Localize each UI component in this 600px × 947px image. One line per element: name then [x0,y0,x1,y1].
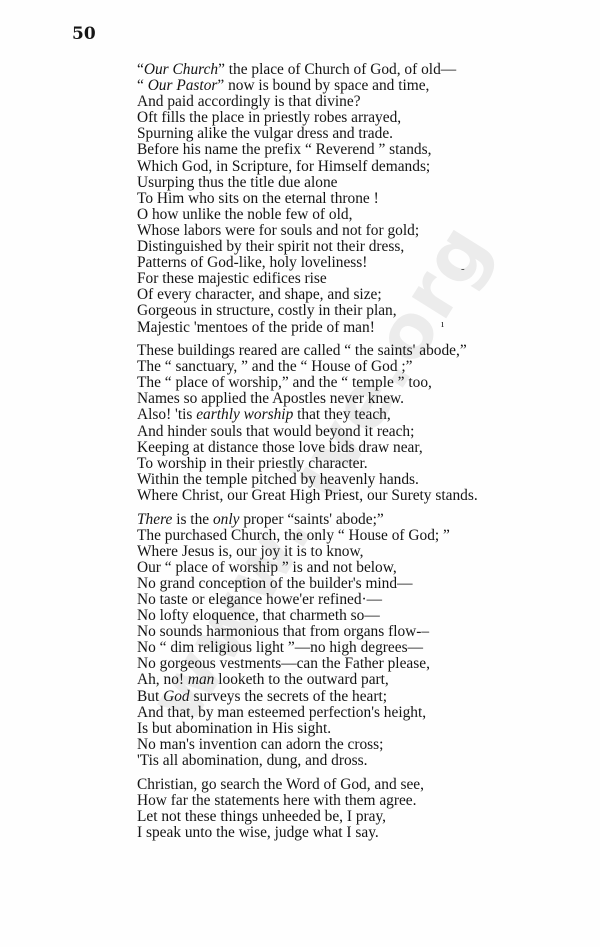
verse-text: that they teach, [293,406,390,423]
verse-line: No man's invention can adorn the cross; [137,737,577,753]
verse-line: Spurning alike the vulgar dress and trad… [137,126,577,142]
verse-line: Keeping at distance those love bids draw… [137,440,577,456]
verse-text: And hinder souls that would beyond it re… [137,423,414,440]
verse-text: Spurning alike the vulgar dress and trad… [137,125,393,142]
verse-text: is the [172,511,213,528]
verse-text: Which God, in Scripture, for Himself dem… [137,158,430,175]
verse-text: Where Christ, our Great High Priest, our… [137,487,478,504]
stanza: These buildings reared are called “ the … [137,343,577,504]
verse-text: surveys the secrets of the heart; [190,688,387,705]
italic-emphasis: Our Pastor [148,77,218,94]
verse-text: To worship in their priestly character. [137,455,368,472]
verse-line: Gorgeous in structure, costly in their p… [137,303,577,319]
verse-text: No sounds harmonious that from organs fl… [137,623,429,640]
verse-text: For these majestic edifices rise [137,270,327,287]
verse-text: Distinguished by their spirit not their … [137,238,404,255]
verse-line: No “ dim religious light ”—no high degre… [137,640,577,656]
verse-text: Usurping thus the title due alone [137,174,337,191]
verse-line: No gorgeous vestments—can the Father ple… [137,656,577,672]
scan-artifact-mark: ı [441,318,444,330]
verse-text: No gorgeous vestments—can the Father ple… [137,655,430,672]
verse-line: Whose labors were for souls and not for … [137,223,577,239]
verse-text: No “ dim religious light ”—no high degre… [137,639,423,656]
italic-emphasis: God [163,688,190,705]
verse-line: For these majestic edifices rise [137,271,577,287]
verse-line: Where Jesus is, our joy it is to know, [137,544,577,560]
verse-text: “ [137,77,148,94]
verse-line: 'Tis all abomination, dung, and dross. [137,753,577,769]
verse-line: Christian, go search the Word of God, an… [137,777,577,793]
verse-text: The purchased Church, the only “ House o… [137,527,450,544]
verse-text: Gorgeous in structure, costly in their p… [137,302,397,319]
verse-text: O how unlike the noble few of old, [137,206,352,223]
verse-text: No grand conception of the builder's min… [137,575,412,592]
verse-text: Where Jesus is, our joy it is to know, [137,543,363,560]
verse-text: Whose labors were for souls and not for … [137,222,419,239]
verse-text: Of every character, and shape, and size; [137,286,382,303]
verse-line: No lofty eloquence, that charmeth so— [137,608,577,624]
verse-line: No taste or elegance howe'er refined·— [137,592,577,608]
verse-line: “Our Church” the place of Church of God,… [137,62,577,78]
stanza: There is the only proper “saints' abode;… [137,512,577,770]
verse-text: Oft fills the place in priestly robes ar… [137,109,401,126]
verse-text: Before his name the prefix “ Reverend ” … [137,141,431,158]
verse-text: 'Tis all abomination, dung, and dross. [137,752,368,769]
verse-text: No man's invention can adorn the cross; [137,736,383,753]
verse-text: No lofty eloquence, that charmeth so— [137,607,380,624]
verse-text: ” the place of Church of God, of old— [218,61,456,78]
book-page: www. ive.org 50 “Our Church” the place o… [0,0,600,947]
verse-line: Of every character, and shape, and size; [137,287,577,303]
verse-line: “ Our Pastor” now is bound by space and … [137,78,577,94]
verse-line: To worship in their priestly character. [137,456,577,472]
verse-text: “ [137,61,144,78]
stanza: Christian, go search the Word of God, an… [137,777,577,841]
verse-line: And paid accordingly is that divine? [137,94,577,110]
verse-text: ” now is bound by space and time, [217,77,429,94]
verse-line: The “ sanctuary, ” and the “ House of Go… [137,359,577,375]
verse-line: Also! 'tis earthly worship that they tea… [137,407,577,423]
italic-emphasis: Our Church [144,61,218,78]
verse-text: And that, by man esteemed perfection's h… [137,704,426,721]
italic-emphasis: earthly worship [196,406,293,423]
verse-text: Is but abomination in His sight. [137,720,331,737]
verse-line: The purchased Church, the only “ House o… [137,528,577,544]
verse-text: No taste or elegance howe'er refined·— [137,591,382,608]
verse-line: Our “ place of worship ” is and not belo… [137,560,577,576]
verse-line: To Him who sits on the eternal throne ! [137,191,577,207]
verse-text: Within the temple pitched by heavenly ha… [137,471,419,488]
verse-line: No grand conception of the builder's min… [137,576,577,592]
verse-text: To Him who sits on the eternal throne ! [137,190,379,207]
verse-line: Ah, no! man looketh to the outward part, [137,672,577,688]
verse-text: But [137,688,163,705]
verse-line: Before his name the prefix “ Reverend ” … [137,142,577,158]
verse-text: Keeping at distance those love bids draw… [137,439,423,456]
verse-line: Distinguished by their spirit not their … [137,239,577,255]
verse-line: Usurping thus the title due alone [137,175,577,191]
page-number: 50 [72,24,96,44]
italic-emphasis: only [213,511,240,528]
verse-text: Also! 'tis [137,406,196,423]
verse-line: Is but abomination in His sight. [137,721,577,737]
verse-line: Majestic 'mentoes of the pride of man! [137,320,577,336]
verse-text: The “ place of worship,” and the “ templ… [137,374,432,391]
verse-text: Let not these things unheeded be, I pray… [137,808,386,825]
stanza: “Our Church” the place of Church of God,… [137,62,577,336]
verse-line: Patterns of God-like, holy loveliness! [137,255,577,271]
verse-line: I speak unto the wise, judge what I say. [137,825,577,841]
verse-line: Names so applied the Apostles never knew… [137,391,577,407]
poem-body: “Our Church” the place of Church of God,… [137,62,577,848]
verse-line: But God surveys the secrets of the heart… [137,689,577,705]
verse-text: Our “ place of worship ” is and not belo… [137,559,397,576]
verse-line: O how unlike the noble few of old, [137,207,577,223]
verse-text: Patterns of God-like, holy loveliness! [137,254,367,271]
verse-text: These buildings reared are called “ the … [137,342,467,359]
verse-text: And paid accordingly is that divine? [137,93,361,110]
verse-line: The “ place of worship,” and the “ templ… [137,375,577,391]
verse-text: I speak unto the wise, judge what I say. [137,824,379,841]
verse-text: Majestic 'mentoes of the pride of man! [137,319,375,336]
verse-line: No sounds harmonious that from organs fl… [137,624,577,640]
verse-line: How far the statements here with them ag… [137,793,577,809]
verse-line: Where Christ, our Great High Priest, our… [137,488,577,504]
verse-text: proper “saints' abode;” [239,511,383,528]
verse-text: Ah, no! [137,671,188,688]
verse-text: Christian, go search the Word of God, an… [137,776,424,793]
verse-line: Oft fills the place in priestly robes ar… [137,110,577,126]
verse-text: How far the statements here with them ag… [137,792,417,809]
verse-line: Let not these things unheeded be, I pray… [137,809,577,825]
verse-line: And hinder souls that would beyond it re… [137,424,577,440]
verse-text: looketh to the outward part, [214,671,388,688]
italic-emphasis: There [137,511,172,528]
italic-emphasis: man [188,671,215,688]
verse-text: Names so applied the Apostles never knew… [137,390,404,407]
verse-line: There is the only proper “saints' abode;… [137,512,577,528]
verse-line: Within the temple pitched by heavenly ha… [137,472,577,488]
verse-line: And that, by man esteemed perfection's h… [137,705,577,721]
verse-line: Which God, in Scripture, for Himself dem… [137,159,577,175]
verse-text: The “ sanctuary, ” and the “ House of Go… [137,358,413,375]
scan-artifact-mark: - [461,263,465,275]
verse-line: These buildings reared are called “ the … [137,343,577,359]
